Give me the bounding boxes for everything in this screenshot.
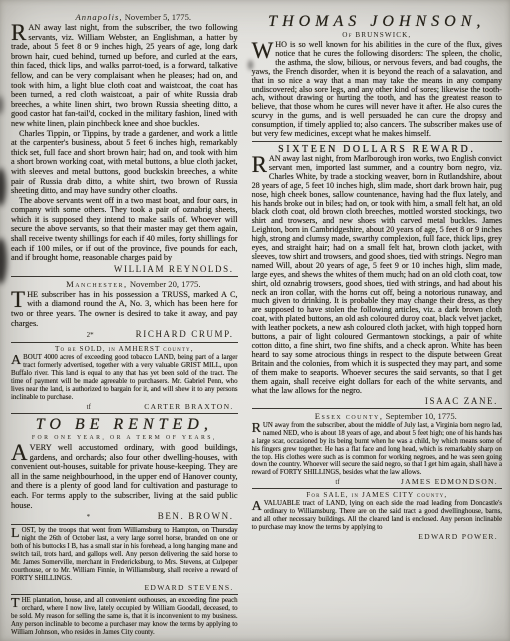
- dateline-manchester: Manchester, November 20, 1775.: [29, 279, 238, 289]
- scan-smudge: [0, 96, 3, 114]
- drop-cap: A: [11, 354, 23, 366]
- insertion-mark: 2*: [87, 330, 94, 340]
- scan-smudge: [0, 168, 6, 206]
- ad-paragraph: LOST, by the troops that went from Willi…: [11, 527, 238, 582]
- scan-smudge: [248, 60, 253, 70]
- signature-line: WILLIAM REYNOLDS.: [11, 264, 238, 274]
- ad-paragraph: RAN away last night, from the subscriber…: [11, 23, 238, 129]
- signature-name: BEN. BROWN.: [158, 511, 234, 521]
- ad-paragraph: THE subscriber has in his possession a T…: [11, 290, 238, 328]
- ad-paragraph: WHO is so well known for his abilities i…: [252, 41, 502, 139]
- ad-runaway-servants: RAN away last night, from the subscriber…: [11, 23, 238, 274]
- ad-sixteen-dollars-reward: SIXTEEN DOLLARS REWARD. RAN away last ni…: [252, 144, 502, 406]
- insertion-mark: *: [87, 512, 91, 522]
- ad-plantation: THE plantation, house, and all convenien…: [11, 597, 238, 637]
- newspaper-page: Annapolis, November 5, 1775. RAN away la…: [0, 0, 510, 641]
- ad-text: UN away from the subscriber, about the m…: [252, 422, 502, 476]
- ad-truss: Manchester, November 20, 1775. THE subsc…: [11, 279, 238, 340]
- ad-paragraph: ABOUT 4000 acres of exceeding good tobac…: [11, 354, 238, 401]
- ad-subtitle: FOR ONE YEAR, OR A TERM OF YEARS,: [11, 434, 238, 442]
- signature-line: EDWARD STEVENS.: [11, 584, 238, 592]
- ad-paragraph: The above servants went off in a two mas…: [11, 196, 238, 263]
- ad-text: VERY well accustomed ordinary, with good…: [11, 443, 238, 510]
- section-rule: [11, 524, 238, 525]
- signature-line: 2*RICHARD CRUMP.: [11, 329, 238, 340]
- drop-cap: R: [252, 422, 263, 434]
- ad-text: VALUABLE tract of LAND, lying on each si…: [252, 500, 502, 530]
- signature-name: ISAAC ZANE.: [425, 396, 498, 406]
- insertion-mark: tf: [87, 403, 91, 411]
- dateline-place: Manchester,: [66, 279, 128, 289]
- signature-name: EDWARD STEVENS.: [144, 584, 233, 592]
- dateline-date: November 20, 1775.: [128, 279, 201, 289]
- section-rule: [11, 342, 238, 343]
- ad-to-be-rented: TO BE RENTED, FOR ONE YEAR, OR A TERM OF…: [11, 416, 238, 522]
- drop-cap: L: [11, 527, 22, 539]
- section-rule: [11, 413, 238, 414]
- ad-text: AN away last night, from the subscriber,…: [11, 23, 238, 128]
- ad-paragraph: THE plantation, house, and all convenien…: [11, 597, 238, 637]
- ad-thomas-johnson: THOMAS JOHNSON, Of BRUNSWICK, WHO is so …: [252, 13, 502, 139]
- drop-cap: T: [11, 290, 27, 309]
- dateline-place: Annapolis,: [76, 12, 123, 22]
- signature-name: JAMES EDMONDSON.: [401, 478, 498, 486]
- section-rule: [252, 408, 502, 409]
- drop-cap: R: [252, 155, 269, 174]
- ad-subtitle: Of BRUNSWICK,: [252, 31, 502, 40]
- signature-line: EDWARD POWER.: [252, 533, 502, 541]
- ad-paragraph: Charles Tippin, or Tippins, by trade a g…: [11, 129, 238, 196]
- signature-line: *BEN. BROWN.: [11, 511, 238, 522]
- dateline-place: Essex county,: [315, 411, 384, 421]
- ad-james-city-land: For SALE, in JAMES CITY county, AVALUABL…: [252, 491, 502, 541]
- ad-text: OST, by the troops that went from Willia…: [11, 527, 238, 581]
- dateline-essex: Essex county, September 10, 1775.: [270, 411, 502, 421]
- ad-text: HE subscriber has in his possession a TR…: [11, 290, 238, 328]
- ad-essex-runaway: Essex county, September 10, 1775. RUN aw…: [252, 411, 502, 486]
- right-column: THOMAS JOHNSON, Of BRUNSWICK, WHO is so …: [252, 12, 502, 641]
- dateline-annapolis: Annapolis, November 5, 1775.: [29, 12, 238, 22]
- signature-line: tfCARTER BRAXTON.: [11, 403, 238, 411]
- drop-cap: R: [11, 23, 28, 42]
- section-rule: [252, 488, 502, 489]
- ad-paragraph: AVALUABLE tract of LAND, lying on each s…: [252, 500, 502, 531]
- drop-cap: W: [252, 41, 276, 60]
- ad-lost-horse: LOST, by the troops that went from Willi…: [11, 527, 238, 592]
- drop-cap: A: [11, 443, 30, 462]
- drop-cap: T: [11, 597, 22, 609]
- signature-line: ISAAC ZANE.: [252, 396, 502, 406]
- section-rule: [252, 141, 502, 142]
- ad-text: AN away last night, from Marlborough iro…: [252, 154, 502, 395]
- section-rule: [11, 594, 238, 595]
- ad-text: BOUT 4000 acres of exceeding good tobacc…: [11, 354, 238, 401]
- insertion-mark: tf: [335, 478, 339, 486]
- signature-name: RICHARD CRUMP.: [136, 329, 234, 339]
- ad-text: HO is so well known for his abilities in…: [252, 40, 502, 138]
- drop-cap: A: [252, 500, 264, 512]
- signature-name: EDWARD POWER.: [418, 533, 498, 541]
- scan-smudge: [0, 238, 7, 284]
- dateline-date: November 5, 1775.: [123, 12, 192, 22]
- ad-paragraph: AVERY well accustomed ordinary, with goo…: [11, 443, 238, 510]
- ad-amherst-land: To be SOLD, in AMHERST county, ABOUT 400…: [11, 345, 238, 411]
- signature-name: WILLIAM REYNOLDS.: [114, 264, 234, 274]
- dateline-date: September 10, 1775.: [384, 411, 457, 421]
- signature-name: CARTER BRAXTON.: [144, 403, 233, 411]
- ad-paragraph: RAN away last night, from Marlborough ir…: [252, 155, 502, 395]
- ad-text: HE plantation, house, and all convenient…: [11, 597, 238, 636]
- signature-line: tfJAMES EDMONDSON.: [252, 478, 502, 486]
- ad-title: TO BE RENTED,: [11, 416, 238, 434]
- ad-heading: To be SOLD, in AMHERST county,: [11, 345, 238, 354]
- ad-title: THOMAS JOHNSON,: [252, 13, 502, 31]
- section-rule: [11, 276, 238, 277]
- ad-paragraph: RUN away from the subscriber, about the …: [252, 422, 502, 477]
- left-column: Annapolis, November 5, 1775. RAN away la…: [11, 12, 238, 641]
